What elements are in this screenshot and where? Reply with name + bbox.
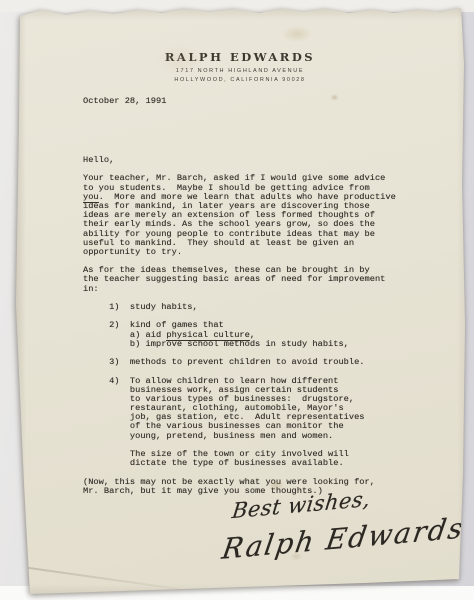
letter-line: in: — [83, 285, 396, 294]
letterhead-address-line1: 1717 NORTH HIGHLAND AVENUE — [14, 68, 466, 74]
letter-line: dictate the type of businesses available… — [83, 459, 396, 468]
letterhead-name: RALPH EDWARDS — [14, 50, 466, 64]
paper-crease — [22, 566, 181, 590]
paper-stain — [330, 94, 339, 101]
letter-line: 1) study habits, — [83, 303, 396, 312]
letter-paper: RALPH EDWARDS 1717 NORTH HIGHLAND AVENUE… — [14, 4, 466, 596]
date-line: October 28, 1991 — [83, 96, 166, 106]
letter-line: the teacher suggesting basic areas of ne… — [83, 275, 396, 284]
letter-body: Hello, Your teacher, Mr. Barch, asked if… — [83, 156, 396, 496]
letter-line: Hello, — [83, 156, 396, 165]
letterhead-address-line2: HOLLYWOOD, CALIFORNIA 90028 — [14, 77, 466, 83]
paper-sheet: RALPH EDWARDS 1717 NORTH HIGHLAND AVENUE… — [14, 4, 466, 596]
letter-line: 3) methods to prevent children to avoid … — [83, 358, 396, 367]
letter-line: young, pretend, business men and women. — [83, 432, 396, 441]
photo-background: RALPH EDWARDS 1717 NORTH HIGHLAND AVENUE… — [0, 0, 474, 600]
letter-line: b) improve school methods in study habit… — [83, 340, 396, 349]
paper-stain — [282, 26, 312, 42]
letterhead: RALPH EDWARDS 1717 NORTH HIGHLAND AVENUE… — [14, 50, 466, 83]
letter-line: opportunity to try. — [83, 248, 396, 257]
